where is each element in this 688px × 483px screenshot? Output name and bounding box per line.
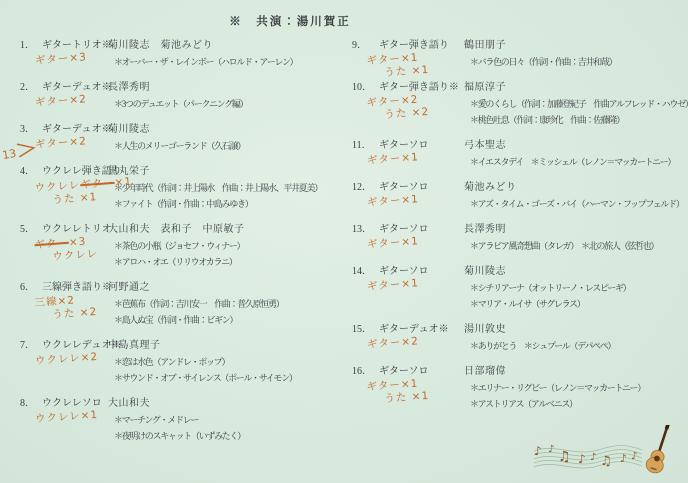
handwritten-line: ウクレレ×1 <box>35 408 99 425</box>
item-label-cell: 4．ウクレレ弾き語り ウクレレギター×1うた ×1 <box>20 164 108 212</box>
program-item: 12．ギターソロ ギター×1 菊池みどり ＊アズ・タイム・ゴーズ・バイ（ハーマン… <box>352 180 676 212</box>
song-title: ＊イエスタデイ ＊ミッシェル（レノン＝マッカートニー） <box>464 154 676 170</box>
item-type: ギターソロ <box>379 224 429 235</box>
song-title: ＊シチリアーナ（オットリーノ・レスピーギ） <box>464 280 676 296</box>
svg-text:♫: ♫ <box>600 454 612 469</box>
program-item: 2．ギターデュオ※ ギター×2 長澤秀明 ＊3つのデュエット（パークニング編） <box>20 80 340 112</box>
item-label-cell: 1．ギタートリオ※ ギター×3 <box>20 38 108 70</box>
item-performers: 菊川陵志 <box>108 122 340 138</box>
song-title: ＊アストリアス（アルベニス） <box>464 396 676 412</box>
song-title: ＊マーチング・メドレー <box>108 412 340 428</box>
song-title: ＊桃色吐息（作詞：康珍化 作曲：佐藤隆） <box>464 112 688 128</box>
music-notes-decoration: ♪ ♪ ♫ ♪ ♪ ♫ ♪ ♪ <box>530 425 682 481</box>
program-item: 11．ギターソロ ギター×1 弓本聖志 ＊イエスタデイ ＊ミッシェル（レノン＝マ… <box>352 138 676 170</box>
guitar-icon <box>644 425 676 475</box>
song-title: ＊ありがとう ＊シュプール（デパペペ） <box>464 338 676 354</box>
handwritten-annotation: ギター×1うた ×1 <box>366 376 429 406</box>
item-detail-cell: 菊川陵志 ＊人生のメリーゴーランド（久石譲） <box>108 122 340 154</box>
item-detail-cell: 大山和夫 表和子 中原敏子 ＊茶色の小瓶（ジョセフ・ウィナー）＊アロハ・オエ（リ… <box>108 222 340 270</box>
handwritten-annotation: ギター×2 <box>35 135 88 152</box>
item-type: ウクレレトリオ <box>42 224 112 235</box>
song-title: ＊3つのデュエット（パークニング編） <box>108 96 340 112</box>
handwritten-line: うた ×1 <box>384 63 430 79</box>
handwritten-line: ウクレレ <box>52 247 99 263</box>
item-number: 3． <box>20 122 42 138</box>
program-item: 8．ウクレレソロ ウクレレ×1 大山和夫 ＊マーチング・メドレー＊夜明けのスキャ… <box>20 396 340 444</box>
annotation-text: ギター×2 <box>35 93 88 109</box>
program-item: 6．三線弾き語り※ 三線×2うた ×2 河野通之 ＊芭蕉布（作詞：吉川安一 作曲… <box>20 280 340 328</box>
item-label-cell: 13．ギターソロ ギター×1 <box>352 222 464 254</box>
item-performers: 弓本聖志 <box>464 138 676 154</box>
program-item: 1．ギタートリオ※ ギター×3 菊川陵志 菊池みどり ＊オーバー・ザ・レインボー… <box>20 38 340 70</box>
svg-text:♫: ♫ <box>558 449 571 465</box>
handwritten-annotation: 三線×2うた ×2 <box>34 292 97 322</box>
item-label-cell: 15．ギターデュオ※ ギター×2 <box>352 322 464 354</box>
item-detail-cell: 湯川敦史 ＊ありがとう ＊シュプール（デパペペ） <box>464 322 676 354</box>
program-item: 13．ギターソロ ギター×1 長澤秀明 ＊アラビア風奇想曲（タレガ） ＊北の旅人… <box>352 222 676 254</box>
song-title: ＊サウンド・オブ・サイレンス（ポール・サイモン） <box>108 370 340 386</box>
item-type: 三線弾き語り※ <box>42 282 112 293</box>
item-performers: 鶴田朋子 <box>464 38 676 54</box>
item-performers: 菊川陵志 <box>464 264 676 280</box>
song-title: ＊愛のくらし（作詞：加藤登紀子 作曲アルフレッド・ハウゼ） <box>464 96 688 112</box>
item-label-cell: 6．三線弾き語り※ 三線×2うた ×2 <box>20 280 108 328</box>
handwritten-line: ギター×2 <box>35 93 88 110</box>
handwritten-line: ウクレレ×2 <box>35 350 99 367</box>
annotation-text: ×1 <box>114 175 132 188</box>
item-detail-cell: 日部瑠偉 ＊エリナー・リグビー（レノン＝マッカートニー）＊アストリアス（アルベニ… <box>464 364 676 412</box>
annotation-text: うた ×2 <box>52 305 98 320</box>
handwritten-annotation: ギター×3ウクレレ <box>34 234 98 264</box>
svg-text:♪: ♪ <box>631 451 637 462</box>
item-number: 12． <box>352 180 379 196</box>
handwritten-annotation: ギター×2うた ×2 <box>366 92 429 122</box>
program-item: 7．ウクレレデュオ※ ウクレレ×2 中島真理子 ＊恋は水色（アンドレ・ポップ）＊… <box>20 338 340 386</box>
item-number: 7． <box>20 338 42 354</box>
item-performers: 菊川陵志 菊池みどり <box>108 38 340 54</box>
program-item: 10．ギター弾き語り※ ギター×2うた ×2 福原淳子 ＊愛のくらし（作詞：加藤… <box>352 80 676 128</box>
item-type: ギターソロ <box>379 182 429 193</box>
item-label-cell: 11．ギターソロ ギター×1 <box>352 138 464 170</box>
item-label-cell: 10．ギター弾き語り※ ギター×2うた ×2 <box>352 80 464 128</box>
item-detail-cell: 長澤秀明 ＊3つのデュエット（パークニング編） <box>108 80 340 112</box>
song-title: ＊恋は水色（アンドレ・ポップ） <box>108 354 340 370</box>
item-number: 16． <box>352 364 379 380</box>
svg-text:♪: ♪ <box>590 452 596 463</box>
annotation-text: ウクレレ×2 <box>35 350 99 366</box>
item-number: 1． <box>20 38 42 54</box>
song-title: ＊夜明けのスキャット（いずみたく） <box>108 428 340 444</box>
item-number: 14． <box>352 264 379 280</box>
concert-program-page: ※ 共演：湯川賀正 13 ＞ 1．ギタートリオ※ ギター×3 菊川陵志 菊池みど… <box>0 0 688 483</box>
song-title: ＊バラ色の日々（作詞・作曲：吉井和哉） <box>464 54 676 70</box>
item-number: 4． <box>20 164 42 180</box>
item-detail-cell: 長澤秀明 ＊アラビア風奇想曲（タレガ） ＊北の旅人（弦哲也） <box>464 222 676 254</box>
item-detail-cell: 菊川陵志 ＊シチリアーナ（オットリーノ・レスピーギ）＊マリア・ルイサ（サグレラス… <box>464 264 676 312</box>
song-title: ＊ファイト（作詞・作曲：中島みゆき） <box>108 196 340 212</box>
item-performers: 大山和夫 表和子 中原敏子 <box>108 222 340 238</box>
item-detail-cell: 弓本聖志 ＊イエスタデイ ＊ミッシェル（レノン＝マッカートニー） <box>464 138 676 170</box>
item-label-cell: 12．ギターソロ ギター×1 <box>352 180 464 212</box>
program-item: 16．ギターソロ ギター×1うた ×1 日部瑠偉 ＊エリナー・リグビー（レノン＝… <box>352 364 676 412</box>
struck-text: ギター <box>80 176 115 190</box>
song-title: ＊少年時代（作詞：井上陽水 作曲：井上陽水、平井夏美） <box>108 180 340 196</box>
annotation-text: ギター×2 <box>35 135 88 151</box>
program-item: 3．ギターデュオ※ ギター×2 菊川陵志 ＊人生のメリーゴーランド（久石譲） <box>20 122 340 154</box>
annotation-text: ウクレレ×1 <box>35 408 99 424</box>
item-type: ギターソロ <box>379 366 429 377</box>
handwritten-line: ギター×2 <box>35 135 88 152</box>
item-type: ギターデュオ※ <box>42 82 112 93</box>
left-column: 1．ギタートリオ※ ギター×3 菊川陵志 菊池みどり ＊オーバー・ザ・レインボー… <box>20 38 340 454</box>
item-detail-cell: 中島真理子 ＊恋は水色（アンドレ・ポップ）＊サウンド・オブ・サイレンス（ポール・… <box>108 338 340 386</box>
item-number: 11． <box>352 138 379 154</box>
item-label-cell: 9．ギター弾き語り ギター×1うた ×1 <box>352 38 464 70</box>
item-type: ギターソロ <box>379 266 429 277</box>
annotation-text: うた ×1 <box>52 191 98 206</box>
handwritten-annotation: ギター×3 <box>35 51 88 68</box>
item-detail-cell: 福原淳子 ＊愛のくらし（作詞：加藤登紀子 作曲アルフレッド・ハウゼ）＊桃色吐息（… <box>464 80 688 128</box>
item-detail-cell: 鶴田朋子 ＊バラ色の日々（作詞・作曲：吉井和哉） <box>464 38 676 70</box>
item-label-cell: 5．ウクレレトリオ ギター×3ウクレレ <box>20 222 108 270</box>
item-detail-cell: 菊池みどり ＊アズ・タイム・ゴーズ・バイ（ハーマン・フップフェルド） <box>464 180 684 212</box>
annotation-text: うた ×1 <box>384 63 430 78</box>
item-label-cell: 3．ギターデュオ※ ギター×2 <box>20 122 108 154</box>
item-type: ギターデュオ※ <box>379 324 449 335</box>
item-number: 9． <box>352 38 379 54</box>
item-number: 5． <box>20 222 42 238</box>
annotation-text: うた ×2 <box>384 105 430 120</box>
item-performers: 日部瑠偉 <box>464 364 676 380</box>
program-item: 5．ウクレレトリオ ギター×3ウクレレ 大山和夫 表和子 中原敏子 ＊茶色の小瓶… <box>20 222 340 270</box>
right-column: 9．ギター弾き語り ギター×1うた ×1 鶴田朋子 ＊バラ色の日々（作詞・作曲：… <box>352 38 676 422</box>
item-type: ギター弾き語り※ <box>379 82 459 93</box>
annotation-text: ウクレレ <box>52 247 98 262</box>
item-number: 2． <box>20 80 42 96</box>
program-item: 9．ギター弾き語り ギター×1うた ×1 鶴田朋子 ＊バラ色の日々（作詞・作曲：… <box>352 38 676 70</box>
program-item: 15．ギターデュオ※ ギター×2 湯川敦史 ＊ありがとう ＊シュプール（デパペペ… <box>352 322 676 354</box>
handwritten-line: うた ×2 <box>384 105 430 121</box>
item-detail-cell: 大山和夫 ＊マーチング・メドレー＊夜明けのスキャット（いずみたく） <box>108 396 340 444</box>
program-item: 4．ウクレレ弾き語り ウクレレギター×1うた ×1 黒丸栄子 ＊少年時代（作詞：… <box>20 164 340 212</box>
annotation-text: うた ×1 <box>384 389 430 404</box>
item-label-cell: 14．ギターソロ ギター×1 <box>352 264 464 312</box>
handwritten-line: うた ×1 <box>384 389 430 405</box>
svg-text:♪: ♪ <box>548 444 554 455</box>
song-title: ＊人生のメリーゴーランド（久石譲） <box>108 138 340 154</box>
item-number: 8． <box>20 396 42 412</box>
item-performers: 中島真理子 <box>108 338 340 354</box>
handwritten-line: ギター×3 <box>35 51 88 68</box>
song-title: ＊島人ぬ宝（作詞・作曲：ビギン） <box>108 312 340 328</box>
item-detail-cell: 黒丸栄子 ＊少年時代（作詞：井上陽水 作曲：井上陽水、平井夏美）＊ファイト（作詞… <box>108 164 340 212</box>
item-performers: 長澤秀明 <box>464 222 676 238</box>
song-title: ＊アロハ・オエ（リリウオカラニ） <box>108 254 340 270</box>
song-title: ＊アラビア風奇想曲（タレガ） ＊北の旅人（弦哲也） <box>464 238 676 254</box>
annotation-text: ×3 <box>68 235 86 248</box>
item-number: 10． <box>352 80 379 96</box>
item-label-cell: 7．ウクレレデュオ※ ウクレレ×2 <box>20 338 108 386</box>
annotation-text: 三線×2 <box>34 294 75 309</box>
song-title: ＊芭蕉布（作詞：吉川安一 作曲：普久原恒勇） <box>108 296 340 312</box>
handwritten-annotation: ウクレレ×1 <box>35 408 99 425</box>
item-performers: 河野通之 <box>108 280 340 296</box>
song-title: ＊アズ・タイム・ゴーズ・バイ（ハーマン・フップフェルド） <box>464 196 684 212</box>
handwritten-line: うた ×2 <box>52 305 98 321</box>
song-title: ＊マリア・ルイサ（サグレラス） <box>464 296 676 312</box>
handwritten-annotation: ギター×2 <box>35 93 88 110</box>
item-number: 15． <box>352 322 379 338</box>
item-label-cell: 2．ギターデュオ※ ギター×2 <box>20 80 108 112</box>
program-columns: 1．ギタートリオ※ ギター×3 菊川陵志 菊池みどり ＊オーバー・ザ・レインボー… <box>20 38 676 454</box>
item-label-cell: 16．ギターソロ ギター×1うた ×1 <box>352 364 464 412</box>
item-type: ギタートリオ※ <box>42 40 112 51</box>
item-number: 13． <box>352 222 379 238</box>
annotation-text: ウクレレ <box>34 179 80 194</box>
item-label-cell: 8．ウクレレソロ ウクレレ×1 <box>20 396 108 444</box>
item-performers: 長澤秀明 <box>108 80 340 96</box>
program-item: 14．ギターソロ ギター×1 菊川陵志 ＊シチリアーナ（オットリーノ・レスピーギ… <box>352 264 676 312</box>
item-type: ウクレレソロ <box>42 398 102 409</box>
annotation-text: ギター×3 <box>35 51 88 67</box>
item-type: ギター弾き語り <box>379 40 449 51</box>
struck-text: ギター <box>34 236 69 250</box>
svg-text:♪: ♪ <box>534 444 542 458</box>
song-title: ＊オーバー・ザ・レインボー（ハロルド・アーレン） <box>108 54 340 70</box>
item-performers: 菊池みどり <box>464 180 684 196</box>
item-performers: 福原淳子 <box>464 80 688 96</box>
svg-text:♪: ♪ <box>578 452 586 466</box>
item-detail-cell: 河野通之 ＊芭蕉布（作詞：吉川安一 作曲：普久原恒勇）＊島人ぬ宝（作詞・作曲：ビ… <box>108 280 340 328</box>
item-performers: 大山和夫 <box>108 396 340 412</box>
handwritten-annotation: ギター×1うた ×1 <box>366 50 429 80</box>
svg-text:♪: ♪ <box>620 452 627 465</box>
handwritten-annotation: ウクレレ×2 <box>35 350 99 367</box>
item-type: ギターソロ <box>379 140 429 151</box>
song-title: ＊エリナー・リグビー（レノン＝マッカートニー） <box>464 380 676 396</box>
page-title: ※ 共演：湯川賀正 <box>0 13 618 29</box>
item-performers: 黒丸栄子 <box>108 164 340 180</box>
item-performers: 湯川敦史 <box>464 322 676 338</box>
song-title: ＊茶色の小瓶（ジョセフ・ウィナー） <box>108 238 340 254</box>
item-number: 6． <box>20 280 42 296</box>
item-type: ギターデュオ※ <box>42 124 112 135</box>
item-detail-cell: 菊川陵志 菊池みどり ＊オーバー・ザ・レインボー（ハロルド・アーレン） <box>108 38 340 70</box>
